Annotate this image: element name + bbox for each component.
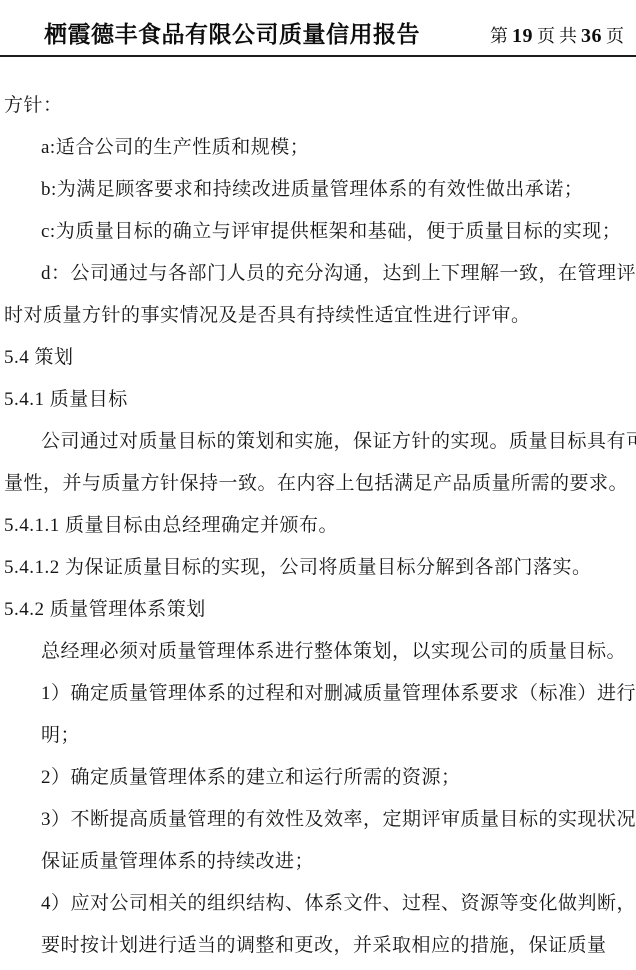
- page-label-suffix: 页: [606, 26, 624, 46]
- page-label-mid1: 页: [537, 26, 555, 46]
- page-label-mid2: 共: [559, 26, 577, 46]
- document-line: 5.4.1.1 质量目标由总经理确定并颁布。: [4, 505, 628, 547]
- document-line: 量性，并与质量方针保持一致。在内容上包括满足产品质量所需的要求。: [4, 463, 628, 505]
- current-page-number: 19: [512, 25, 533, 47]
- document-line: 保证质量管理体系的持续改进；: [4, 841, 628, 883]
- page-label-prefix: 第: [490, 26, 508, 46]
- document-line: 5.4.1 质量目标: [4, 379, 628, 421]
- total-page-number: 36: [581, 25, 602, 47]
- report-title: 栖霞德丰食品有限公司质量信用报告: [44, 16, 420, 49]
- page-header: 栖霞德丰食品有限公司质量信用报告 第19页共36页: [0, 0, 636, 57]
- document-line: d：公司通过与各部门人员的充分沟通，达到上下理解一致，在管理评审: [4, 253, 628, 295]
- document-line: 5.4.2 质量管理体系策划: [4, 589, 628, 631]
- document-line: 方针：: [4, 85, 628, 127]
- document-line: 要时按计划进行适当的调整和更改，并采取相应的措施，保证质量: [4, 925, 628, 967]
- document-line: c:为质量目标的确立与评审提供框架和基础，便于质量目标的实现；: [4, 211, 628, 253]
- document-line: 公司通过对质量目标的策划和实施，保证方针的实现。质量目标具有可测: [4, 421, 628, 463]
- document-line: 5.4 策划: [4, 337, 628, 379]
- document-line: 3）不断提高质量管理的有效性及效率，定期评审质量目标的实现状况，: [4, 799, 628, 841]
- document-line: 2）确定质量管理体系的建立和运行所需的资源；: [4, 757, 628, 799]
- document-line: 时对质量方针的事实情况及是否具有持续性适宜性进行评审。: [4, 295, 628, 337]
- document-line: 5.4.1.2 为保证质量目标的实现，公司将质量目标分解到各部门落实。: [4, 547, 628, 589]
- page-indicator: 第19页共36页: [488, 22, 626, 48]
- document-line: 4）应对公司相关的组织结构、体系文件、过程、资源等变化做判断，必: [4, 883, 628, 925]
- document-line: 1）确定质量管理体系的过程和对删减质量管理体系要求（标准）进行说: [4, 673, 628, 715]
- document-page: 栖霞德丰食品有限公司质量信用报告 第19页共36页 方针：a:适合公司的生产性质…: [0, 0, 636, 970]
- document-line: b:为满足顾客要求和持续改进质量管理体系的有效性做出承诺；: [4, 169, 628, 211]
- document-line: 明；: [4, 715, 628, 757]
- document-body: 方针：a:适合公司的生产性质和规模；b:为满足顾客要求和持续改进质量管理体系的有…: [0, 57, 636, 967]
- document-line: 总经理必须对质量管理体系进行整体策划，以实现公司的质量目标。: [4, 631, 628, 673]
- document-line: a:适合公司的生产性质和规模；: [4, 127, 628, 169]
